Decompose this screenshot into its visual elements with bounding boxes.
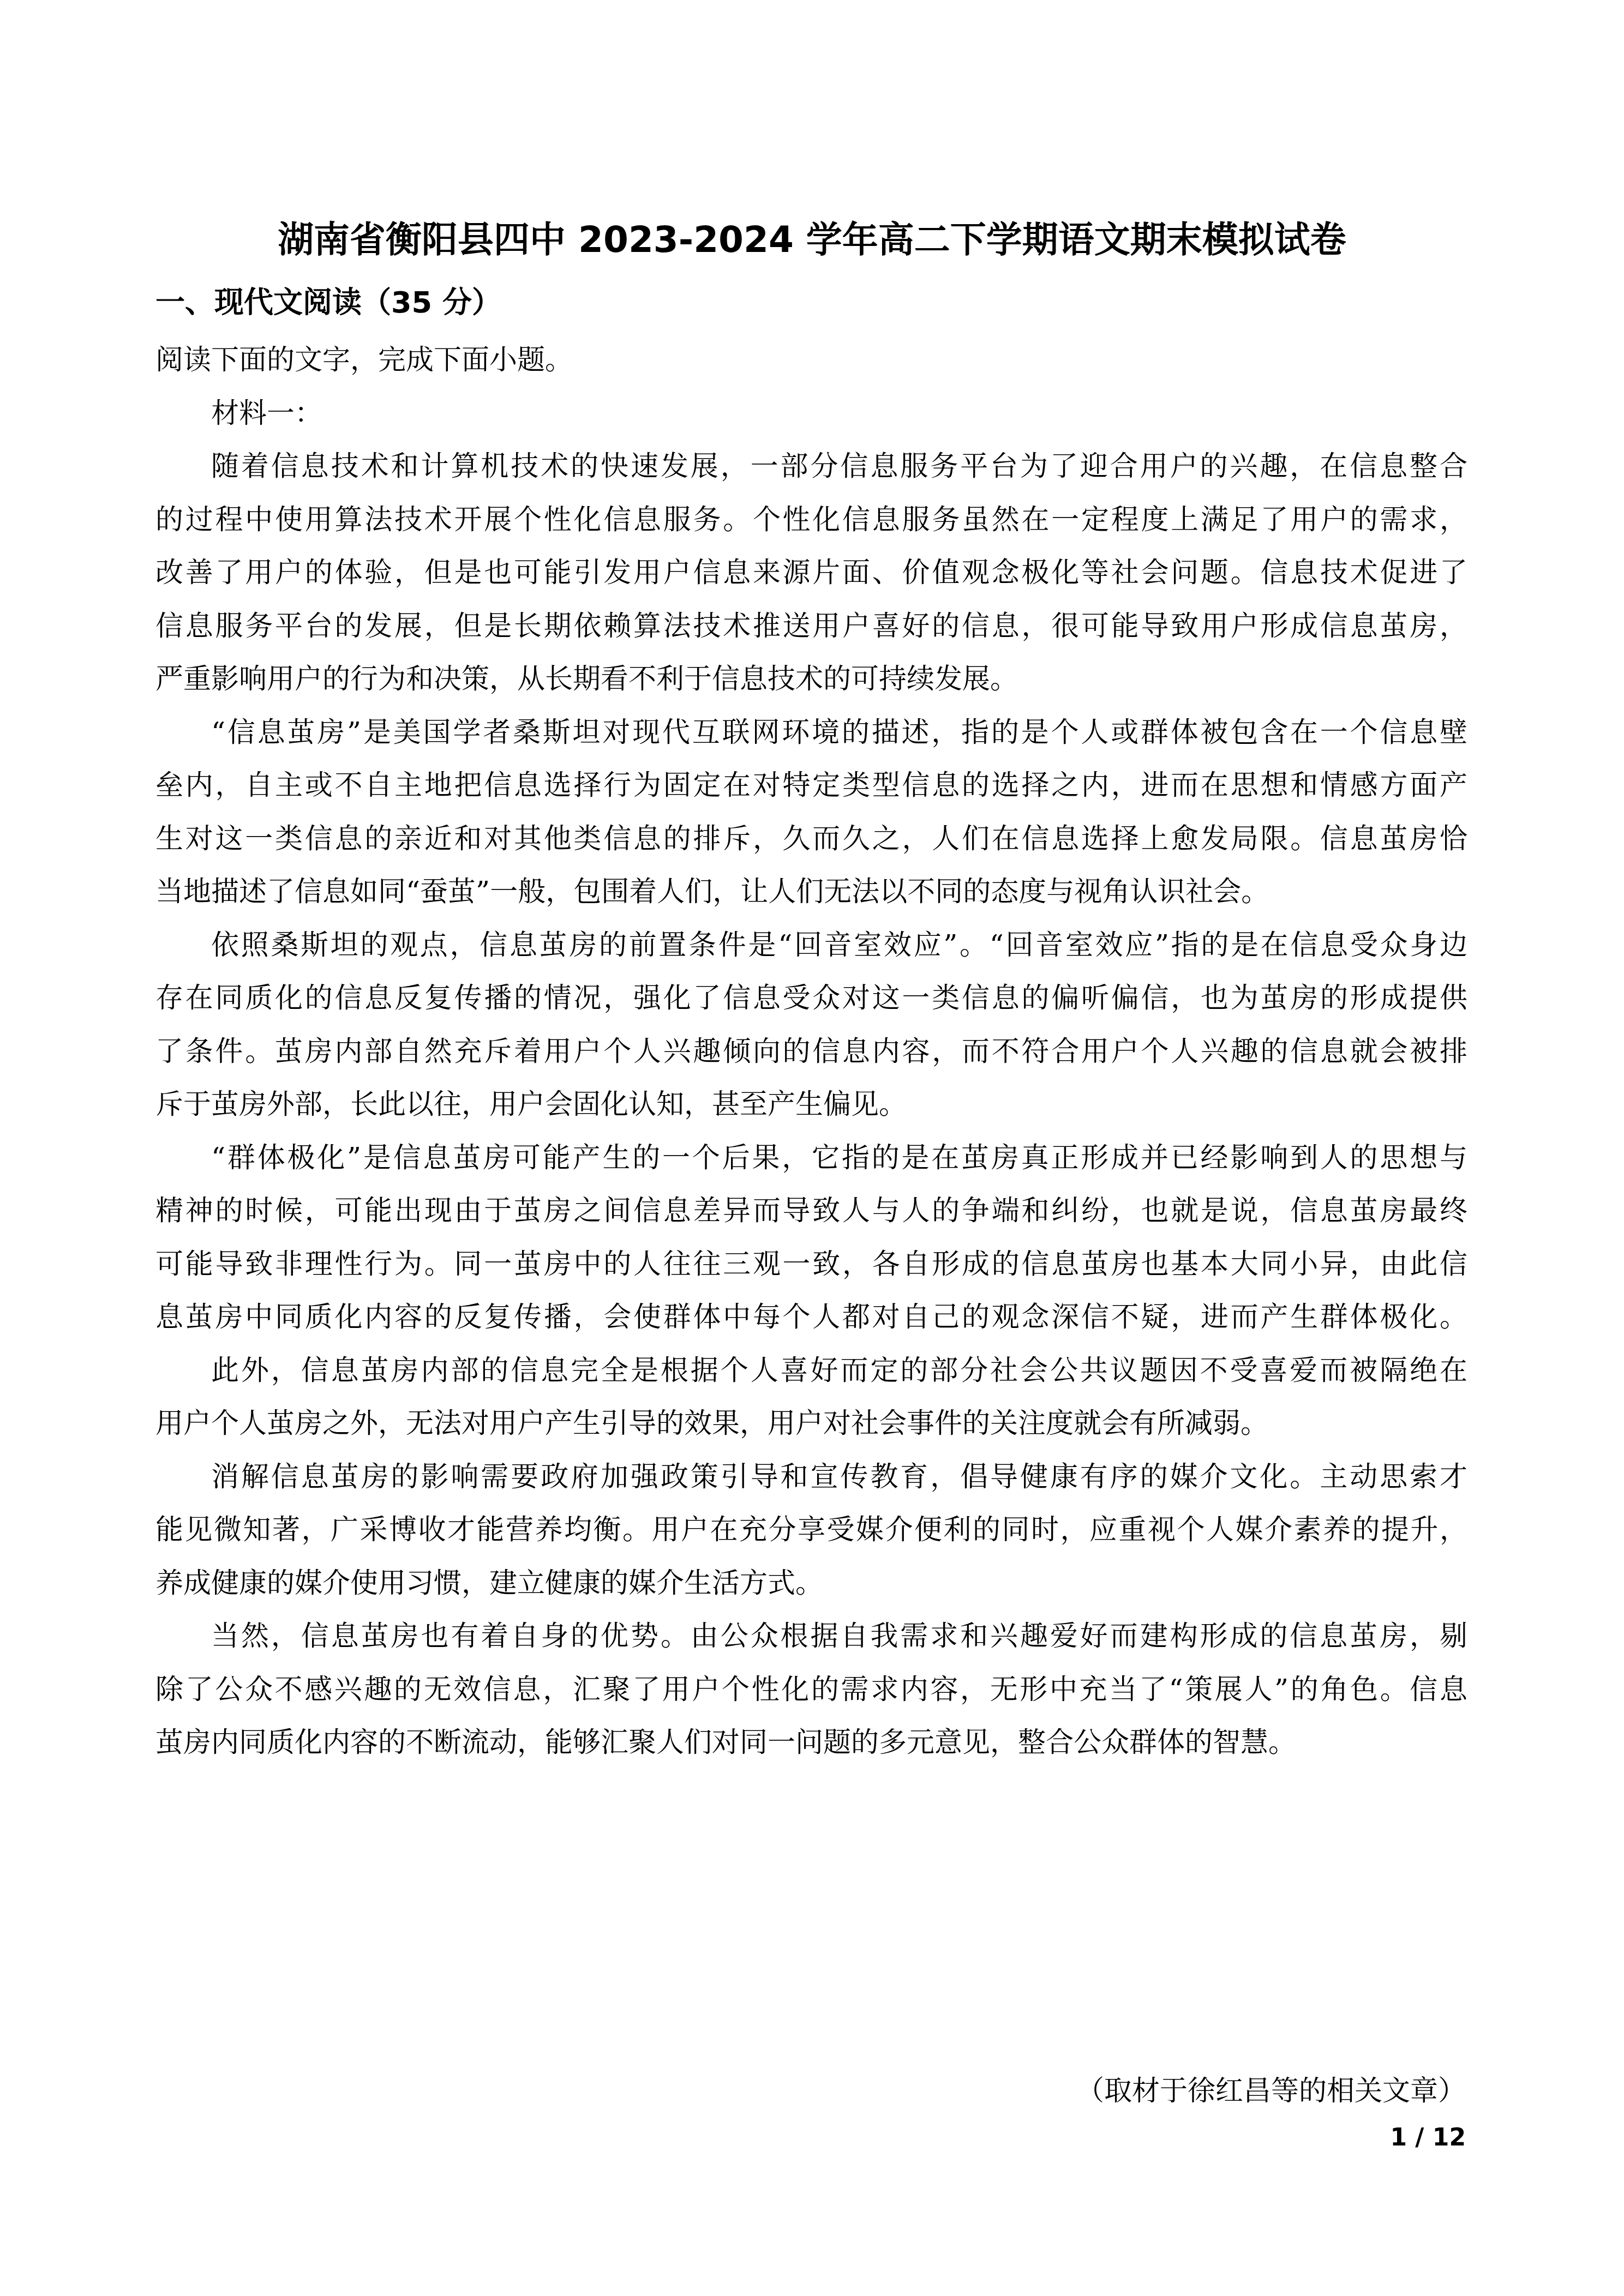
paragraph-line: 依照桑斯坦的观点，信息茧房的前置条件是“回音室效应”。“回音室效应”指的是在信息… <box>155 919 1467 972</box>
document-page: 湖南省衡阳县四中 2023-2024 学年高二下学期语文期末模拟试卷 一、现代文… <box>0 0 1624 2296</box>
paragraph-line: 当地描述了信息如同“蚕茧”一般，包围着人们，让人们无法以不同的态度与视角认识社会… <box>155 865 1467 919</box>
paragraph-line: 用户个人茧房之外，无法对用户产生引导的效果，用户对社会事件的关注度就会有所减弱。 <box>155 1397 1467 1451</box>
paragraph-5: 此外，信息茧房内部的信息完全是根据个人喜好而定的部分社会公共议题因不受喜爱而被隔… <box>155 1344 1467 1451</box>
section-heading: 一、现代文阅读（35 分） <box>155 281 501 324</box>
paragraph-line: “群体极化”是信息茧房可能产生的一个后果，它指的是在茧房真正形成并已经影响到人的… <box>155 1132 1467 1185</box>
paragraph-line: 信息服务平台的发展，但是长期依赖算法技术推送用户喜好的信息，很可能导致用户形成信… <box>155 600 1467 653</box>
instruction-text: 阅读下面的文字，完成下面小题。 <box>155 334 1467 387</box>
paragraph-line: 茧房内同质化内容的不断流动，能够汇聚人们对同一问题的多元意见，整合公众群体的智慧… <box>155 1716 1467 1770</box>
paragraph-line: “信息茧房”是美国学者桑斯坦对现代互联网环境的描述，指的是个人或群体被包含在一个… <box>155 706 1467 760</box>
paragraph-line: 了条件。茧房内部自然充斥着用户个人兴趣倾向的信息内容，而不符合用户个人兴趣的信息… <box>155 1025 1467 1079</box>
paragraph-line: 严重影响用户的行为和决策，从长期看不利于信息技术的可持续发展。 <box>155 653 1467 706</box>
paragraph-line: 生对这一类信息的亲近和对其他类信息的排斥，久而久之，人们在信息选择上愈发局限。信… <box>155 813 1467 866</box>
paragraph-line: 随着信息技术和计算机技术的快速发展，一部分信息服务平台为了迎合用户的兴趣，在信息… <box>155 440 1467 494</box>
paragraph-line: 当然，信息茧房也有着自身的优势。由公众根据自我需求和兴趣爱好而建构形成的信息茧房… <box>155 1610 1467 1663</box>
paragraph-line: 可能导致非理性行为。同一茧房中的人往往三观一致，各自形成的信息茧房也基本大同小异… <box>155 1238 1467 1291</box>
passage-body: 阅读下面的文字，完成下面小题。 材料一： 随着信息技术和计算机技术的快速发展，一… <box>155 334 1467 1770</box>
paragraph-line: 改善了用户的体验，但是也可能引发用户信息来源片面、价值观念极化等社会问题。信息技… <box>155 546 1467 600</box>
paragraph-line: 的过程中使用算法技术开展个性化信息服务。个性化信息服务虽然在一定程度上满足了用户… <box>155 494 1467 547</box>
paragraph-line: 除了公众不感兴趣的无效信息，汇聚了用户个性化的需求内容，无形中充当了“策展人”的… <box>155 1663 1467 1717</box>
page-number: 1 / 12 <box>1390 2116 1466 2160</box>
paragraph-line: 息茧房中同质化内容的反复传播，会使群体中每个人都对自己的观念深信不疑，进而产生群… <box>155 1291 1467 1344</box>
paragraph-line: 垒内，自主或不自主地把信息选择行为固定在对特定类型信息的选择之内，进而在思想和情… <box>155 759 1467 813</box>
paragraph-3: 依照桑斯坦的观点，信息茧房的前置条件是“回音室效应”。“回音室效应”指的是在信息… <box>155 919 1467 1132</box>
paragraph-line: 消解信息茧房的影响需要政府加强政策引导和宣传教育，倡导健康有序的媒介文化。主动思… <box>155 1451 1467 1504</box>
source-note: （取材于徐红昌等的相关文章） <box>1076 2067 1466 2116</box>
paragraph-line: 养成健康的媒介使用习惯，建立健康的媒介生活方式。 <box>155 1557 1467 1610</box>
paragraph-line: 斥于茧房外部，长此以往，用户会固化认知，甚至产生偏见。 <box>155 1078 1467 1132</box>
paragraph-4: “群体极化”是信息茧房可能产生的一个后果，它指的是在茧房真正形成并已经影响到人的… <box>155 1132 1467 1344</box>
paragraph-line: 存在同质化的信息反复传播的情况，强化了信息受众对这一类信息的偏听偏信，也为茧房的… <box>155 972 1467 1025</box>
material-label: 材料一： <box>155 387 1467 441</box>
paragraph-6: 消解信息茧房的影响需要政府加强政策引导和宣传教育，倡导健康有序的媒介文化。主动思… <box>155 1451 1467 1610</box>
paragraph-line: 精神的时候，可能出现由于茧房之间信息差异而导致人与人的争端和纠纷，也就是说，信息… <box>155 1185 1467 1238</box>
paragraph-line: 能见微知著，广采博收才能营养均衡。用户在充分享受媒介便利的同时，应重视个人媒介素… <box>155 1504 1467 1557</box>
exam-title: 湖南省衡阳县四中 2023-2024 学年高二下学期语文期末模拟试卷 <box>0 215 1624 265</box>
paragraph-7: 当然，信息茧房也有着自身的优势。由公众根据自我需求和兴趣爱好而建构形成的信息茧房… <box>155 1610 1467 1770</box>
paragraph-1: 随着信息技术和计算机技术的快速发展，一部分信息服务平台为了迎合用户的兴趣，在信息… <box>155 440 1467 706</box>
paragraph-2: “信息茧房”是美国学者桑斯坦对现代互联网环境的描述，指的是个人或群体被包含在一个… <box>155 706 1467 919</box>
paragraph-line: 此外，信息茧房内部的信息完全是根据个人喜好而定的部分社会公共议题因不受喜爱而被隔… <box>155 1344 1467 1398</box>
